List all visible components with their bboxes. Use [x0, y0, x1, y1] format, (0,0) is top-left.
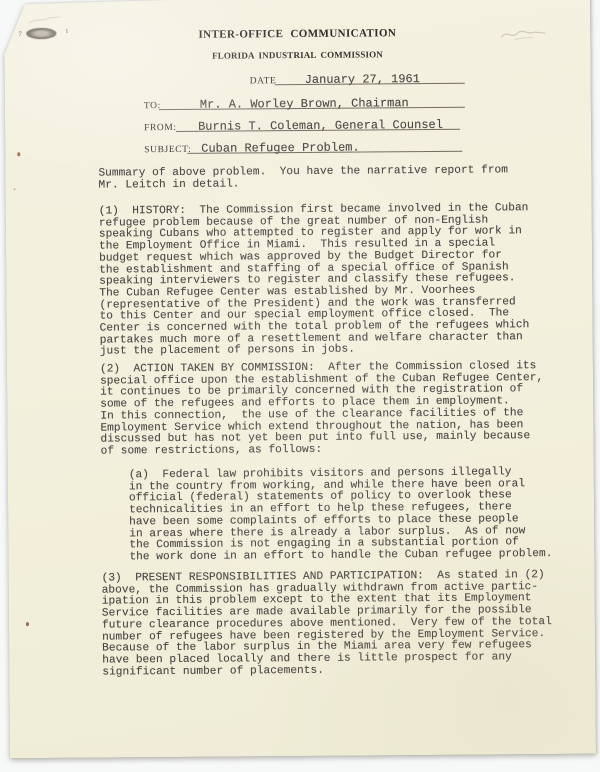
paragraph-restriction-a: (a) Federal law prohibits visitors and p…: [129, 467, 553, 564]
paragraph-summary: Summary of above problem. You have the n…: [98, 165, 508, 192]
text-line: just the placement of persons in jobs.: [100, 344, 530, 359]
document-body: Summary of above problem. You have the n…: [4, 0, 596, 758]
paper-speck: [14, 188, 16, 190]
text-line: the work done in an effort to handle the…: [129, 549, 552, 564]
memo-page: 7 1 INTER-OFFICE COMMUNICATION FLORIDA I…: [4, 0, 596, 758]
paper-speck: [26, 622, 29, 626]
text-line: Mr. Leitch in detail.: [98, 177, 508, 192]
text-line: of some restrictions, as follows:: [101, 443, 544, 458]
paragraph-history: (1) HISTORY: The Commission first became…: [99, 203, 530, 359]
text-line: significant number of placements.: [102, 664, 552, 679]
paper-speck: [17, 152, 20, 156]
paper-shadow-wrap: 7 1 INTER-OFFICE COMMUNICATION FLORIDA I…: [0, 0, 600, 772]
paragraph-present-responsibilities: (3) PRESENT RESPONSIBILITIES AND PARTICI…: [102, 570, 553, 679]
paragraph-action-taken: (2) ACTION TAKEN BY COMMISSION: After th…: [100, 361, 544, 458]
scan-background: 7 1 INTER-OFFICE COMMUNICATION FLORIDA I…: [0, 0, 600, 772]
